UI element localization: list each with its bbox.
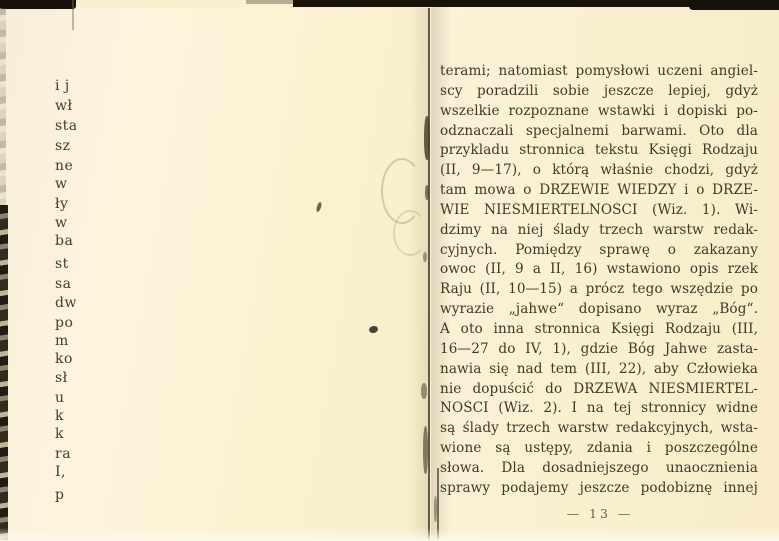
- left-page-fragment: k: [55, 408, 76, 426]
- text-line: A oto inna stronnica Księgi Rodzaju (III…: [440, 321, 758, 341]
- text-line: sprawy podajemy jeszcze podobiznę innej: [440, 480, 758, 500]
- text-line: scy poradzili sobie jeszcze lepiej, gdyż: [440, 83, 758, 103]
- text-line: owoc (II, 9 a II, 16) wstawiono opis rze…: [440, 261, 758, 281]
- left-page-fragment: dw: [55, 295, 76, 313]
- left-page-fragment: sa: [55, 276, 76, 294]
- text-line: wszelkie rozpoznane wstawki i dopiski po…: [440, 103, 758, 123]
- text-line: wyrazie „jahwe“ dopisano wyraz „Bóg“.: [440, 301, 758, 321]
- text-line: są ślady trzech warstw redakcyjnych, wst…: [440, 420, 758, 440]
- scan-top-edge-gray: [246, 0, 298, 4]
- left-page-fragment: w: [55, 215, 76, 233]
- right-page-text-column: terami; natomiast pomysłowi uczeni angie…: [440, 63, 758, 500]
- left-page-fragment: wł: [55, 98, 76, 116]
- page-seam: [72, 0, 74, 30]
- gutter-ink-blot: [434, 496, 437, 522]
- text-line: 16—27 do IV, 1), gdzie Bóg Jahwe zasta-: [440, 341, 758, 361]
- text-line: tam mowa o DRZEWIE WIEDZY i o DRZE-: [440, 182, 758, 202]
- text-line: nawia się nad tem (III, 22), aby Człowie…: [440, 361, 758, 381]
- left-page-fragment: u: [55, 390, 76, 408]
- left-page-fragment: m: [55, 333, 76, 351]
- left-page-fragment: k: [55, 426, 76, 444]
- text-line: odznaczali specjalnemi barwami. Oto dla: [440, 123, 758, 143]
- text-line: przykladu stronnica tekstu Księgi Rodzaj…: [440, 142, 758, 162]
- left-page-fragment: ne: [55, 158, 76, 176]
- left-page-fragment: i j: [55, 78, 76, 96]
- left-page-fragment: p: [55, 487, 76, 505]
- text-line: NOŚCI (Wiz. 2). I na tej stronnicy widne: [440, 400, 758, 420]
- text-line: Raju (II, 10—15) a prócz tego wszędzie p…: [440, 281, 758, 301]
- binding-edge-lower: [0, 205, 8, 541]
- stamp-ghost-mark: [393, 210, 427, 256]
- text-line: (II, 9—17), o którą właśnie chodzi, gdyż: [440, 162, 758, 182]
- text-line: cyjnych. Pomiędzy sprawę o zakazany: [440, 242, 758, 262]
- text-line: WIE NIEŚMIERTELNOŚCI (Wiz. 1). Wi-: [440, 202, 758, 222]
- scan-bottom-edge: [0, 528, 779, 541]
- left-page-fragment: st: [55, 256, 76, 274]
- text-line: wione są ustępy, zdania i poszczególne: [440, 440, 758, 460]
- left-page-fragment: sł: [55, 370, 76, 388]
- left-page-fragment: sz: [55, 138, 76, 156]
- book-scan: i j wł sta sz ne w ły w ba st sa dw po m…: [0, 0, 779, 541]
- page-number: — 13 —: [455, 506, 745, 521]
- text-line: słowa. Dla dosadniejszego unaocznienia: [440, 460, 758, 480]
- text-line: dzimy na niej ślady trzech warstw redak-: [440, 222, 758, 242]
- left-page-fragment: sta: [55, 118, 76, 136]
- gutter-ink-blot: [425, 185, 429, 200]
- left-page-fragment: po: [55, 315, 76, 333]
- left-page-fragment: ły: [55, 196, 76, 214]
- gutter-ink-blot: [423, 252, 427, 262]
- text-line: nie dopuścić do DRZEWA NIEŚMIERTEL-: [440, 381, 758, 401]
- left-page-fragment: ko: [55, 351, 76, 369]
- gutter-ink-blot: [421, 383, 427, 399]
- scan-top-edge-notch: [689, 0, 779, 10]
- left-page-fragment: I,: [55, 464, 76, 482]
- binding-edge-upper: [0, 8, 6, 208]
- left-page-fragment: w: [55, 176, 76, 194]
- gutter-ink-blot: [424, 116, 430, 160]
- gutter-line: [428, 8, 430, 541]
- scan-top-edge-left: [0, 0, 76, 9]
- left-page-fragment: ba: [55, 233, 76, 251]
- text-line: terami; natomiast pomysłowi uczeni angie…: [440, 63, 758, 83]
- gutter-ink-blot: [423, 426, 428, 474]
- left-page-fragment: ra: [55, 446, 76, 464]
